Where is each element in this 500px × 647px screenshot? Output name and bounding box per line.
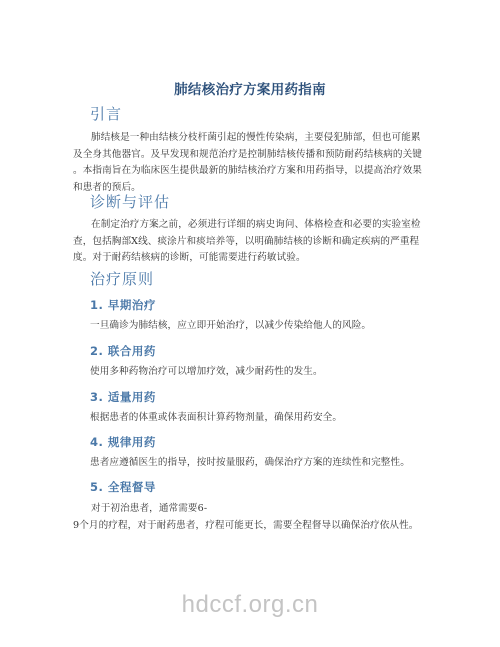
introduction-paragraph: 肺结核是一种由结核分枝杆菌引起的慢性传染病，主要侵犯肺部，但也可能累 及全身其他… xyxy=(73,130,431,196)
principle-text-appropriate-dosage: 根据患者的体重或体表面积计算药物剂量，确保用药安全。 xyxy=(90,410,435,427)
watermark-text: hdccf.org.cn xyxy=(0,591,500,619)
principle-text-combination-therapy: 使用多种药物治疗可以增加疗效，减少耐药性的发生。 xyxy=(90,364,435,381)
document-page: 肺结核治疗方案用药指南 引言 肺结核是一种由结核分枝杆菌引起的慢性传染病，主要侵… xyxy=(0,0,500,647)
paragraph-line: 9个月的疗程，对于耐药患者，疗程可能更长，需要全程督导以确保治疗依从性。 xyxy=(73,518,431,535)
paragraph-line: 查，包括胸部X线、痰涂片和痰培养等，以明确肺结核的诊断和确定疾病的严重程 xyxy=(73,234,431,251)
diagnosis-paragraph: 在制定治疗方案之前，必须进行详细的病史询问、体格检查和必要的实验室检 查，包括胸… xyxy=(73,217,431,267)
principle-heading-appropriate-dosage: 3. 适量用药 xyxy=(90,389,156,405)
document-title: 肺结核治疗方案用药指南 xyxy=(0,78,500,98)
principle-text-early-treatment: 一旦确诊为肺结核，应立即开始治疗，以减少传染给他人的风险。 xyxy=(90,318,435,335)
principle-heading-early-treatment: 1. 早期治疗 xyxy=(90,297,156,313)
principle-text-regular-medication: 患者应遵循医生的指导，按时按量服药，确保治疗方案的连续性和完整性。 xyxy=(90,455,435,472)
paragraph-line: 。本指南旨在为临床医生提供最新的肺结核治疗方案和用药指导，以提高治疗效果 xyxy=(73,163,431,180)
principle-text-full-supervision: 对于初治患者，通常需要6- 9个月的疗程，对于耐药患者，疗程可能更长，需要全程督… xyxy=(73,501,431,534)
paragraph-line: 在制定治疗方案之前，必须进行详细的病史询问、体格检查和必要的实验室检 xyxy=(73,217,431,234)
principle-heading-full-supervision: 5. 全程督导 xyxy=(90,479,156,495)
section-heading-treatment-principles: 治疗原则 xyxy=(90,268,154,289)
paragraph-line: 及全身其他器官。及早发现和规范治疗是控制肺结核传播和预防耐药结核病的关键 xyxy=(73,147,431,164)
paragraph-line: 度。对于耐药结核病的诊断，可能需要进行药敏试验。 xyxy=(73,250,431,267)
principle-heading-regular-medication: 4. 规律用药 xyxy=(90,434,156,450)
paragraph-line: 对于初治患者，通常需要6- xyxy=(73,501,431,518)
section-heading-diagnosis: 诊断与评估 xyxy=(90,191,170,212)
principle-heading-combination-therapy: 2. 联合用药 xyxy=(90,343,156,359)
section-heading-introduction: 引言 xyxy=(90,103,122,124)
paragraph-line: 肺结核是一种由结核分枝杆菌引起的慢性传染病，主要侵犯肺部，但也可能累 xyxy=(73,130,431,147)
